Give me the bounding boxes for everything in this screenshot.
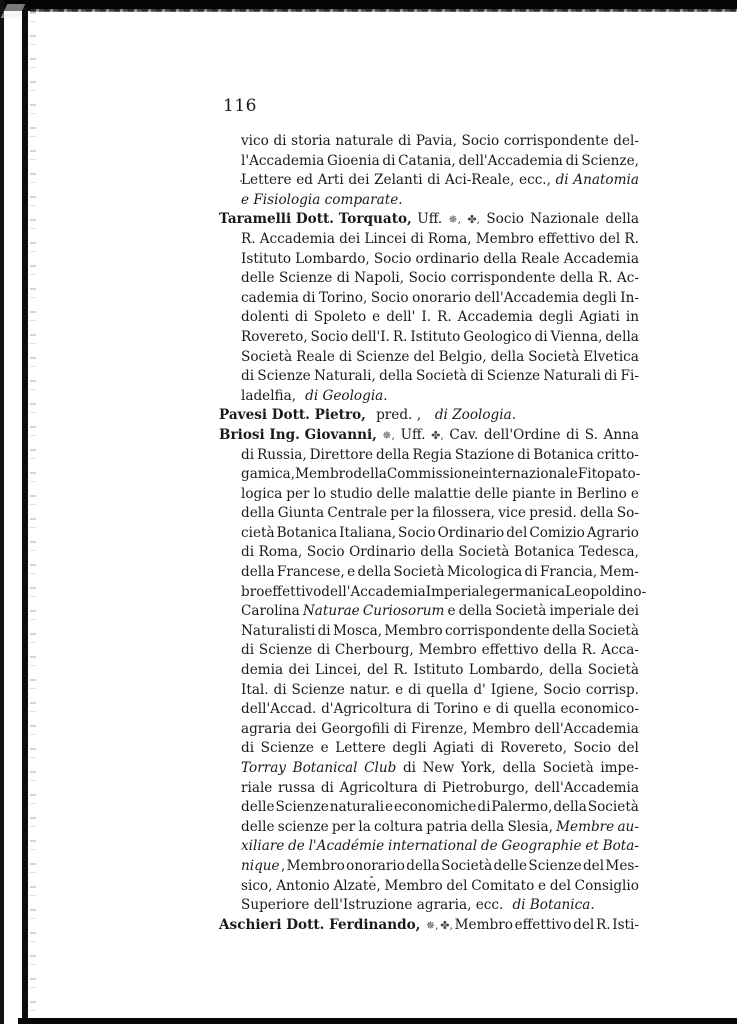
word: Roma,	[428, 230, 472, 250]
word: dell'Accademia	[321, 583, 425, 603]
word: Antonio	[276, 877, 330, 897]
text-run: Superiore dell'Istruzione agraria, ecc.	[241, 896, 508, 916]
word: e	[372, 308, 380, 328]
text-line: SocietàRealediScienzedelBelgio,dellaSoci…	[219, 348, 639, 368]
word: effettivo	[515, 916, 572, 936]
word: d'	[473, 681, 485, 701]
word: Arti	[318, 171, 344, 191]
italic-word: et	[585, 837, 599, 857]
text-line: diScienzediCherbourg,Membroeffettivodell…	[219, 641, 639, 661]
word: di	[408, 681, 421, 701]
word: del	[573, 916, 594, 936]
entry-aschieri: Aschieri Dott. Ferdinando,✵,✤,Membroeffe…	[219, 916, 639, 936]
word: Società	[588, 661, 639, 681]
italic-text-run: di Zoologia.	[435, 406, 516, 426]
word: dei	[618, 602, 639, 622]
text-line: Ital.diScienzenatur.ediquellad'Igiene,So…	[219, 681, 639, 701]
word: Anna	[604, 426, 639, 446]
word: ordinario	[416, 250, 480, 270]
word: dell'Accademia	[458, 152, 562, 172]
word: natur.	[350, 681, 390, 701]
justified-line: vicodistorianaturalediPavia,Sociocorrisp…	[241, 132, 639, 152]
text-line: dellescienzeperlacolturapatriadellaSlesi…	[219, 818, 639, 838]
word: del	[413, 348, 434, 368]
text-line: ladelfia, di Geologia.	[219, 387, 639, 407]
word: di	[317, 641, 330, 661]
word: di	[302, 289, 315, 309]
word: di	[604, 367, 617, 387]
word: piante	[512, 485, 555, 505]
word: di	[496, 700, 509, 720]
word: per	[286, 485, 309, 505]
word: dei	[296, 720, 317, 740]
text-line: dolentidiSpoletoedell'I.R.Accademiadegli…	[219, 308, 639, 328]
word: Firenze,	[411, 720, 468, 740]
word: effettivo	[264, 583, 321, 603]
word: impe-	[600, 759, 639, 779]
italic-word: Naturae	[303, 602, 360, 622]
text-line: LettereedArtideiZelantidiAci-Reale,ecc.,…	[219, 171, 639, 191]
word: Naturalisti	[241, 622, 315, 642]
justified-line: NaturalistidiMosca,Membrocorrispondented…	[241, 622, 639, 642]
word: Napoli,	[354, 269, 404, 289]
word: delle	[376, 485, 410, 505]
word: Membro	[384, 622, 442, 642]
word: Agiati	[579, 308, 620, 328]
justified-line: R.AccademiadeiLinceidiRoma,Membroeffetti…	[241, 230, 639, 250]
word: di	[481, 739, 494, 759]
text-line: dellaFrancese,edellaSocietàMicologicadiF…	[219, 563, 639, 583]
word: Membro	[419, 641, 477, 661]
word: delle	[241, 818, 275, 838]
word: Francia,	[540, 563, 597, 583]
order-cross-icon: ✤,	[440, 916, 453, 936]
entry-heading-line: Aschieri Dott. Ferdinando,✵,✤,Membroeffe…	[219, 916, 639, 936]
text-line: diScienzeNaturali,dellaSocietàdiScienzeN…	[219, 367, 639, 387]
word: Membro	[455, 916, 513, 936]
italic-word: international	[388, 837, 477, 857]
word: economico-	[561, 700, 639, 720]
italic-word: de	[288, 837, 305, 857]
word: e	[321, 739, 329, 759]
word: e	[347, 563, 355, 583]
word: dell'I.	[351, 328, 390, 348]
italic-word: Membre	[556, 818, 614, 838]
word: Società	[441, 857, 492, 877]
italic-text-run: di Geologia.	[305, 387, 387, 407]
word: del-	[613, 132, 639, 152]
word: Scienze	[257, 367, 310, 387]
word: di	[339, 348, 352, 368]
word: della	[241, 504, 275, 524]
justified-line: dolentidiSpoletoedell'I.R.Accademiadegli…	[241, 308, 639, 328]
text-line: sico,AntonioAlzate,MembrodelComitatoedel…	[219, 877, 639, 897]
word: naturale	[335, 132, 393, 152]
word: Lincei,	[315, 661, 361, 681]
word: lo	[314, 485, 327, 505]
italic-word: di	[556, 171, 569, 191]
word: corrispondente	[445, 622, 550, 642]
justified-line: l'AccademiaGioeniadiCatania,dell'Accadem…	[241, 152, 639, 172]
word: dolenti	[241, 308, 289, 328]
text-line: l'AccademiaGioeniadiCatania,dell'Accadem…	[219, 152, 639, 172]
word: Società	[588, 622, 639, 642]
word: Agrario	[587, 524, 639, 544]
text-run: ladelfia,	[241, 387, 300, 407]
word: Uff.	[417, 210, 442, 230]
word: del	[618, 739, 639, 759]
word: vico	[241, 132, 269, 152]
justified-line: diScienzeNaturali,dellaSocietàdiScienzeN…	[241, 367, 639, 387]
word: Mosca,	[333, 622, 382, 642]
word: imperiale	[549, 602, 614, 622]
word: della	[580, 504, 614, 524]
word: del	[550, 877, 571, 897]
word: in	[626, 308, 639, 328]
justified-line: TorrayBotanicalClubdiNewYork,dellaSociet…	[241, 759, 639, 779]
word: Istituto	[410, 328, 460, 348]
word: cietà	[241, 524, 275, 544]
word: Elvetica	[583, 348, 639, 368]
word: Ordinario	[349, 543, 416, 563]
word: di	[318, 622, 331, 642]
word: di	[525, 563, 538, 583]
word: Socio	[574, 739, 612, 759]
word: Aci-Reale,	[445, 171, 514, 191]
word: Membro	[287, 857, 345, 877]
word: Giunta	[278, 504, 324, 524]
text-line: gamica,MembrodellaCommissioneinternazion…	[219, 465, 639, 485]
word: Berlino	[577, 485, 627, 505]
word: R.	[393, 661, 408, 681]
word: economiche	[394, 798, 476, 818]
word: Centrale	[327, 504, 387, 524]
word: effettivo	[538, 230, 595, 250]
word: R.	[624, 230, 639, 250]
word: Russia,	[257, 446, 307, 466]
scan-border-top-edge	[30, 9, 737, 12]
order-star-icon: ✵,	[382, 426, 395, 446]
word: Scienze,	[581, 152, 639, 172]
text-line: CarolinaNaturaeCuriosorumedellaSocietàim…	[219, 602, 639, 622]
italic-word: Geographie	[501, 837, 581, 857]
word: del	[599, 230, 620, 250]
word: Pietroburgo,	[442, 779, 529, 799]
word: Scienze	[275, 798, 328, 818]
word: demia	[241, 661, 283, 681]
italic-word: de	[481, 837, 498, 857]
document-body: vicodistorianaturalediPavia,Sociocorrisp…	[219, 132, 639, 935]
word: Ordinario	[438, 524, 505, 544]
italic-text-run: e Fisiologia comparate.	[241, 191, 403, 211]
member-honors: pred. , di Zoologia.	[376, 406, 639, 426]
italic-word: l'Académie	[309, 837, 385, 857]
word: Vienna,	[551, 328, 603, 348]
word: R.	[596, 916, 611, 936]
word: Socio	[543, 681, 581, 701]
justified-line: CarolinaNaturaeCuriosorumedellaSocietàim…	[241, 602, 639, 622]
word: in	[560, 485, 573, 505]
word: Torino,	[319, 289, 367, 309]
word: presid.	[529, 504, 577, 524]
word: e	[447, 602, 455, 622]
order-star-icon: ✵,	[448, 210, 461, 230]
word: In-	[620, 289, 639, 309]
justified-line: dellaGiuntaCentraleperlafilossera,vicepr…	[241, 504, 639, 524]
word: Reale	[296, 348, 335, 368]
word: degli	[539, 308, 573, 328]
word: di	[337, 269, 350, 289]
word: R.	[582, 641, 597, 661]
word: della	[502, 759, 536, 779]
word: Botanica	[514, 543, 575, 563]
word: Socio	[409, 269, 447, 289]
word: delle	[475, 485, 509, 505]
word: Scienze	[261, 739, 314, 759]
order-cross-icon: ✤,	[467, 210, 480, 230]
word: dei	[289, 661, 310, 681]
word: Società	[528, 348, 579, 368]
word: Membro	[295, 465, 353, 485]
word: della	[552, 622, 586, 642]
justified-line: cademiadiTorino,Socioonorariodell'Accade…	[241, 289, 639, 309]
text-run: pred. ,	[376, 406, 425, 426]
italic-word: Bota-	[603, 837, 639, 857]
justified-line: diRussia,DirettoredellaRegiaStazionediBo…	[241, 446, 639, 466]
text-line: delleScienzenaturalieeconomichediPalermo…	[219, 798, 639, 818]
word: della	[483, 250, 517, 270]
word: Belgio,	[439, 348, 487, 368]
word: Torino	[434, 700, 478, 720]
word: dell'Accad.	[241, 700, 316, 720]
word: di	[470, 367, 483, 387]
justified-line: broeffettivodell'AccademiaImperialegerma…	[241, 583, 639, 603]
word: Igiene,	[491, 681, 539, 701]
justified-line: logicaperlostudiodellemalattiedellepiant…	[241, 485, 639, 505]
word: Slesia,	[507, 818, 552, 838]
scan-border-bottom	[18, 1018, 737, 1024]
member-name: Aschieri Dott. Ferdinando,	[219, 916, 420, 936]
word: sico,	[241, 877, 272, 897]
word: Società	[241, 348, 292, 368]
word: agraria	[241, 720, 291, 740]
justified-line: gamica,MembrodellaCommissioneinternazion…	[241, 465, 639, 485]
word: Lombardo,	[469, 661, 544, 681]
word: Naturali,	[314, 367, 376, 387]
member-name: Pavesi Dott. Pietro,	[219, 406, 366, 426]
word: Socio	[398, 524, 436, 544]
word: di	[241, 641, 254, 661]
word: Comitato	[471, 877, 534, 897]
word: di	[241, 739, 254, 759]
word: d'Agricoltura	[321, 700, 412, 720]
word: Scienze	[279, 269, 332, 289]
justified-line: delleScienzenaturalieeconomichediPalermo…	[241, 798, 639, 818]
word: della	[553, 798, 587, 818]
word: Accademia	[260, 230, 335, 250]
justified-line: diScienzeeLetteredegliAgiatidiRovereto,S…	[241, 739, 639, 759]
word: della	[406, 857, 440, 877]
word: Agricoltura	[340, 779, 418, 799]
text-line: dell'Accad.d'AgricolturadiTorinoediquell…	[219, 700, 639, 720]
word: Scienze	[292, 681, 345, 701]
word: di	[274, 681, 287, 701]
word: Ital.	[241, 681, 269, 701]
word: della	[353, 465, 387, 485]
word: Isti-	[612, 916, 639, 936]
word: di	[535, 328, 548, 348]
word: bro	[241, 583, 264, 603]
word: di	[398, 132, 411, 152]
text-line: e Fisiologia comparate.	[219, 191, 639, 211]
word: di	[394, 720, 407, 740]
justified-line: xiliaredel'AcadémieinternationaldeGeogra…	[241, 837, 639, 857]
justified-line: IstitutoLombardo,SocioordinariodellaReal…	[241, 250, 639, 270]
word: ecc.,	[519, 171, 551, 191]
word: di	[273, 132, 286, 152]
word: New	[423, 759, 455, 779]
word: Socio	[462, 132, 500, 152]
text-line: broeffettivodell'AccademiaImperialegerma…	[219, 583, 639, 603]
word: effettivo	[482, 641, 539, 661]
word: Accademia	[458, 308, 533, 328]
word: Cav.	[449, 426, 478, 446]
text-line: logicaperlostudiodellemalattiedellepiant…	[219, 485, 639, 505]
entry-heading-line: Pavesi Dott. Pietro,pred. , di Zoologia.	[219, 406, 639, 426]
text-line: demiadeiLincei,delR.IstitutoLombardo,del…	[219, 661, 639, 681]
word: per	[332, 818, 355, 838]
word: scienze	[278, 818, 329, 838]
word: onorario	[412, 289, 471, 309]
word: di	[423, 779, 436, 799]
word: di	[321, 779, 334, 799]
page-number: 116	[223, 96, 257, 116]
word: Accademia	[564, 250, 639, 270]
word: dell'Ordine	[484, 426, 561, 446]
word: Regia	[413, 446, 452, 466]
text-line: diRoma,SocioOrdinariodellaSocietàBotanic…	[219, 543, 639, 563]
word: ed	[296, 171, 313, 191]
text-line: vicodistorianaturalediPavia,Sociocorrisp…	[219, 132, 639, 152]
word: internazionale	[479, 465, 578, 485]
word: del	[446, 877, 467, 897]
italic-word: xiliare	[241, 837, 284, 857]
word: studio	[330, 485, 372, 505]
word: della	[491, 348, 525, 368]
word: Spoleto	[314, 308, 366, 328]
word: Roma,	[259, 543, 303, 563]
word: Socio	[374, 250, 412, 270]
text-line: nique,MembroonorariodellaSocietàdelleSci…	[219, 857, 639, 877]
word: di	[295, 308, 308, 328]
word: Comizio	[529, 524, 585, 544]
word: di	[566, 426, 579, 446]
word: Socio	[307, 543, 345, 563]
word: la	[417, 504, 429, 524]
word: Georgofili	[321, 720, 389, 740]
word: Rovereto,	[500, 739, 567, 759]
word: Scienze	[528, 857, 581, 877]
word: Istituto	[241, 250, 291, 270]
member-honors: ✵,✤,MembroeffettivodelR.Isti-	[426, 916, 639, 936]
italic-word: Anatomia	[573, 171, 639, 191]
justified-line: SocietàRealediScienzedelBelgio,dellaSoci…	[241, 348, 639, 368]
text-line: diRussia,DirettoredellaRegiaStazionediBo…	[219, 446, 639, 466]
word: logica	[241, 485, 282, 505]
word: malattie	[414, 485, 471, 505]
member-name: Taramelli Dott. Torquato,	[219, 210, 412, 230]
word: naturali	[330, 798, 384, 818]
text-line: cietàBotanicaItaliana,SocioOrdinariodelC…	[219, 524, 639, 544]
justified-line: dellescienzeperlacolturapatriadellaSlesi…	[241, 818, 639, 838]
text-line: Superiore dell'Istruzione agraria, ecc. …	[219, 896, 639, 916]
word: Mes-	[605, 857, 639, 877]
word: Membro	[384, 877, 442, 897]
justified-line: delleScienzediNapoli,Sociocorrispondente…	[241, 269, 639, 289]
word: di	[427, 171, 440, 191]
justified-line: dell'Accad.d'AgricolturadiTorinoediquell…	[241, 700, 639, 720]
justified-line: Rovereto,Sociodell'I.R.IstitutoGeologico…	[241, 328, 639, 348]
word: Francese,	[277, 563, 345, 583]
word: dei	[348, 171, 369, 191]
word: Società	[543, 759, 594, 779]
member-honors: Uff.✵,✤,SocioNazionaledella	[417, 210, 639, 230]
order-cross-icon: ✤,	[431, 426, 444, 446]
word: e	[483, 700, 491, 720]
word: di	[477, 798, 490, 818]
word: Lettere	[241, 171, 292, 191]
word: della	[605, 210, 639, 230]
word: onorario	[346, 857, 405, 877]
word: la	[358, 818, 370, 838]
word: Scienze	[356, 348, 409, 368]
word: Agiati	[433, 739, 474, 759]
word: Società	[458, 543, 509, 563]
member-honors: ✵,Uff.✤,Cav.dell'OrdinediS.Anna	[382, 426, 639, 446]
word: Nazionale	[530, 210, 599, 230]
word: Istituto	[413, 661, 463, 681]
word: della	[560, 269, 594, 289]
word: del	[583, 857, 604, 877]
word: della	[357, 563, 391, 583]
word: della	[543, 641, 577, 661]
word: Società	[416, 367, 467, 387]
word: Rovereto,	[241, 328, 308, 348]
word: R.	[393, 328, 408, 348]
italic-word: au-	[617, 818, 638, 838]
word: della	[420, 543, 454, 563]
word: Italiana,	[339, 524, 396, 544]
word: R.	[241, 230, 256, 250]
text-line: xiliaredel'AcadémieinternationaldeGeogra…	[219, 837, 639, 857]
word: storia	[291, 132, 331, 152]
word: Zelanti	[374, 171, 423, 191]
word: russa	[278, 779, 315, 799]
entry-briosi: Briosi Ing. Giovanni,✵,Uff.✤,Cav.dell'Or…	[219, 426, 639, 916]
justified-line: rialerussadiAgricolturadiPietroburgo,del…	[241, 779, 639, 799]
word: l'Accademia	[241, 152, 324, 172]
word: della	[459, 602, 493, 622]
word: dei	[339, 230, 360, 250]
italic-text-run: di Botanica.	[512, 896, 594, 916]
justified-line: agrariadeiGeorgofilidiFirenze,Membrodell…	[241, 720, 639, 740]
word: di	[517, 446, 530, 466]
text-line: NaturalistidiMosca,Membrocorrispondented…	[219, 622, 639, 642]
word: Tedesca,	[579, 543, 639, 563]
word: R.	[598, 269, 613, 289]
text-line: IstitutoLombardo,SocioordinariodellaReal…	[219, 250, 639, 270]
word: Palermo,	[491, 798, 552, 818]
